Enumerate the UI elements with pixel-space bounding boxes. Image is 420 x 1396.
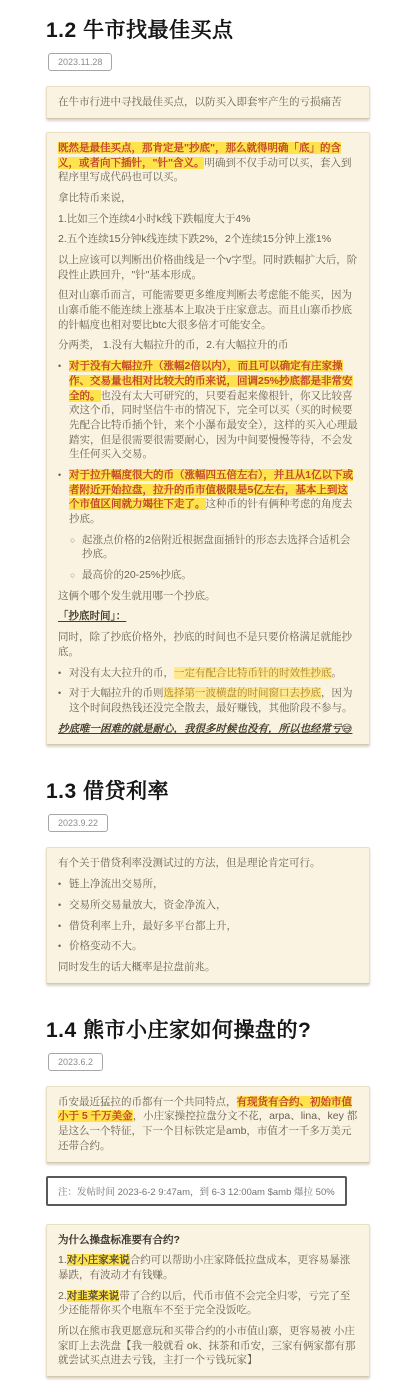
section-1-4: 1.4 熊市小庄家如何操盘的? 2023.6.2 币安最近猛拉的币都有一个共同特…: [46, 1018, 370, 1377]
paragraph: 币安最近猛拉的币都有一个共同特点，有现货有合约、初始市值小于 5 千万美金，小庄…: [58, 1095, 358, 1154]
numbered-item: 2.对韭菜来说带了合约以后，代币市值不会完全归零，亏完了至少还能帮你买个电瓶车不…: [58, 1289, 358, 1318]
highlighted-text: 选择第一波横盘的时间窗口去抄底: [164, 687, 322, 699]
section-1-3: 1.3 借贷利率 2023.9.22 有个关于借贷利率没测试过的方法，但是理论肯…: [46, 779, 370, 983]
section-title-1-4: 1.4 熊市小庄家如何操盘的?: [46, 1018, 370, 1043]
section-title-1-2: 1.2 牛市找最佳买点: [46, 18, 370, 43]
main-callout-1-2: 既然是最佳买点，那肯定是"抄底"，那么就得明确「底」的含义，或者向下插针，"针"…: [46, 132, 370, 745]
item-number: 2.: [58, 1290, 67, 1302]
numbered-item: 1.对小庄家来说合约可以帮助小庄家降低拉盘成本，更容易暴涨暴跌，有波动才有钱赚。: [58, 1253, 358, 1282]
paragraph: 既然是最佳买点，那肯定是"抄底"，那么就得明确「底」的含义，或者向下插针，"针"…: [58, 141, 358, 185]
plain-text: 也没有太大可研究的，只要看起来像根针，你又比较喜欢这个币，同时坚信牛市的情况下，…: [69, 390, 358, 461]
highlighted-text: 一定有配合比特币针的时效性抄底: [174, 667, 332, 679]
bullet-item: 对于大幅拉升的币则选择第一波横盘的时间窗口去抄底，因为这个时间段热钱还没完全散去…: [58, 686, 358, 715]
plain-text: 对没有太大拉升的币，: [69, 667, 174, 679]
plain-text: 对于大幅拉升的币则: [69, 687, 164, 699]
timestamp-note-box: 注：发帖时间 2023-6-2 9:47am，到 6-3 12:00am $am…: [46, 1176, 347, 1206]
bullet-item: 对于拉升幅度很大的币（涨幅四五倍左右），并且从1亿以下或者附近开始拉盘，拉升的币…: [58, 468, 358, 527]
paragraph: 2.五个连续15分钟k线连续下跌2%，2个连续15分钟上涨1%: [58, 232, 358, 247]
bullet-item: 价格变动不大。: [58, 939, 358, 954]
main-callout-1-3: 有个关于借贷利率没测试过的方法，但是理论肯定可行。 链上净流出交易所， 交易所交…: [46, 847, 370, 983]
bullet-item: 链上净流出交易所，: [58, 877, 358, 892]
date-badge-1-3: 2023.9.22: [48, 814, 108, 832]
box-subtitle: 「抄底时间」：: [58, 609, 358, 624]
feature-callout-1-4: 币安最近猛拉的币都有一个共同特点，有现货有合约、初始市值小于 5 千万美金，小庄…: [46, 1086, 370, 1163]
bullet-item: 交易所交易量放大，资金净流入，: [58, 898, 358, 913]
date-badge-1-2: 2023.11.28: [48, 53, 112, 71]
paragraph: 但对山寨币而言，可能需要更多维度判断去考虑能不能买，因为山寨币能不能连续上涨基本…: [58, 288, 358, 332]
bullet-item: 对没有太大拉升的币，一定有配合比特币针的时效性抄底。: [58, 666, 358, 681]
date-badge-1-4: 2023.6.2: [48, 1053, 103, 1071]
notes-page[interactable]: 1.2 牛市找最佳买点 2023.11.28 在牛市行进中寻找最佳买点，以防买入…: [0, 0, 420, 1396]
paragraph: 这俩个哪个发生就用哪一个抄底。: [58, 589, 358, 604]
paragraph: 以上应该可以判断出价格曲线是一个v字型。同时跌幅扩大后，阶段性止跌回升，"针"基…: [58, 253, 358, 282]
item-number: 1.: [58, 1254, 67, 1266]
plain-text: 。: [332, 667, 343, 679]
paragraph: 1.比如三个连续4小时k线下跌幅度大于4%: [58, 212, 358, 227]
intro-callout-1-2: 在牛市行进中寻找最佳买点，以防买入即套牢产生的亏损痛苦: [46, 86, 370, 119]
bullet-item: 对于没有大幅拉升（涨幅2倍以内），而且可以确定有庄家操作、交易量也相对比较大的币…: [58, 359, 358, 462]
paragraph: 分两类， 1.没有大幅拉升的币，2.有大幅拉升的币: [58, 338, 358, 353]
sub-bullet-item: 起涨点价格的2倍附近根据盘面插针的形态去选择合适机会抄底。: [58, 533, 358, 562]
paragraph: 所以在熊市我更愿意玩和买带合约的小市值山寨，更容易被 小庄家盯上去洗盘【我一般就…: [58, 1324, 358, 1368]
sub-bullet-item: 最高价的20-25%抄底。: [58, 568, 358, 583]
paragraph: 同时发生的话大概率是拉盘前兆。: [58, 960, 358, 975]
highlighted-text: 对韭菜来说: [67, 1290, 120, 1302]
section-1-2: 1.2 牛市找最佳买点 2023.11.28 在牛市行进中寻找最佳买点，以防买入…: [46, 18, 370, 745]
bullet-item: 借贷利率上升，最好多平台都上升，: [58, 919, 358, 934]
plain-text: 币安最近猛拉的币都有一个共同特点，: [58, 1096, 237, 1108]
paragraph: 同时，除了抄底价格外，抄底的时间也不是只要价格满足就能抄底。: [58, 630, 358, 659]
paragraph: 拿比特币来说，: [58, 191, 358, 206]
intro-text: 在牛市行进中寻找最佳买点，以防买入即套牢产生的亏损痛苦: [58, 95, 358, 110]
why-contract-callout: 为什么操盘标准要有合约? 1.对小庄家来说合约可以帮助小庄家降低拉盘成本，更容易…: [46, 1224, 370, 1378]
box-footer-note: 抄底唯一困难的就是耐心，我很多时候也没有，所以也经常亏😅: [58, 722, 358, 737]
highlighted-text: 对小庄家来说: [67, 1254, 130, 1266]
paragraph: 有个关于借贷利率没测试过的方法，但是理论肯定可行。: [58, 856, 358, 871]
question-heading: 为什么操盘标准要有合约?: [58, 1233, 358, 1248]
section-title-1-3: 1.3 借贷利率: [46, 779, 370, 804]
